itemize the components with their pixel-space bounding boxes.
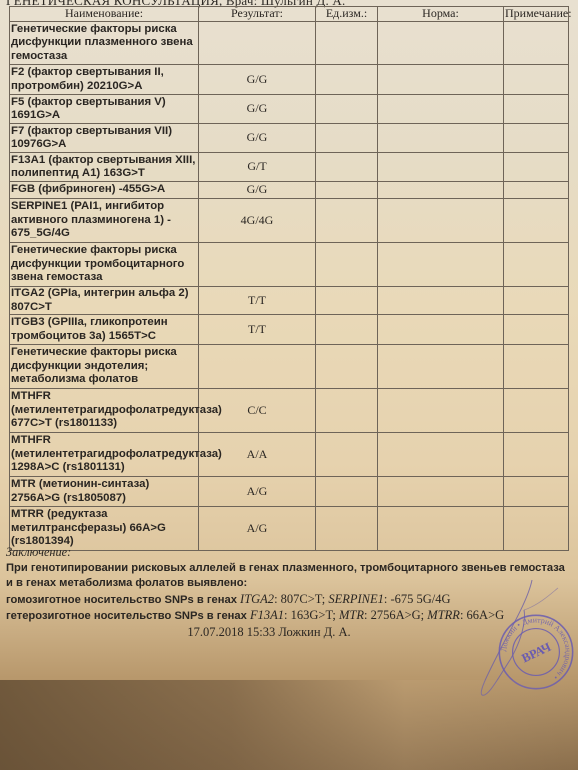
test-name: Генетические факторы риска дисфункции тр… (10, 243, 199, 287)
test-result: G/G (199, 95, 316, 124)
note-cell (504, 389, 569, 433)
test-name: ITGB3 (GPIIIa, гликопротеин тромбоцитов … (10, 315, 199, 345)
table-row: ITGA2 (GPIa, интегрин альфа 2) 807C>TT/T (10, 287, 569, 315)
norm-cell (378, 65, 504, 95)
unit-cell (316, 477, 378, 507)
variant: : 163G>T; (284, 608, 339, 622)
table-row: F7 (фактор свертывания VII) 10976G>AG/G (10, 124, 569, 153)
unit-cell (316, 345, 378, 389)
norm-cell (378, 315, 504, 345)
table-row: F13A1 (фактор свертывания XIII, полипепт… (10, 153, 569, 182)
table-row: MTHFR (метилентетрагидрофолатредуктаза) … (10, 433, 569, 477)
test-name: FGB (фибриноген) -455G>A (10, 182, 199, 199)
test-name: F2 (фактор свертывания II, протромбин) 2… (10, 65, 199, 95)
variant: : 2756A>G; (364, 608, 427, 622)
norm-cell (378, 95, 504, 124)
variant: : -675 5G/4G (384, 592, 451, 606)
note-cell (504, 315, 569, 345)
note-cell (504, 507, 569, 551)
note-cell (504, 345, 569, 389)
norm-cell (378, 22, 504, 65)
test-result: T/T (199, 287, 316, 315)
gene-name: F13A1 (250, 608, 284, 622)
table-row: MTRR (редуктаза метилтрансферазы) 66A>G … (10, 507, 569, 551)
unit-cell (316, 287, 378, 315)
test-result: T/T (199, 315, 316, 345)
test-name: F5 (фактор свертывания V) 1691G>A (10, 95, 199, 124)
norm-cell (378, 433, 504, 477)
test-result: G/G (199, 182, 316, 199)
test-result: G/G (199, 65, 316, 95)
test-name: SERPINE1 (PAI1, ингибитор активного плаз… (10, 199, 199, 243)
unit-cell (316, 95, 378, 124)
note-cell (504, 124, 569, 153)
variant: : 807C>T; (274, 592, 328, 606)
note-cell (504, 65, 569, 95)
table-row: SERPINE1 (PAI1, ингибитор активного плаз… (10, 199, 569, 243)
test-name: MTRR (редуктаза метилтрансферазы) 66A>G … (10, 507, 199, 551)
test-result (199, 345, 316, 389)
test-result: 4G/4G (199, 199, 316, 243)
results-table: Наименование: Результат: Ед.изм.: Норма:… (9, 6, 569, 551)
norm-cell (378, 287, 504, 315)
table-row: MTHFR (метилентетрагидрофолатредуктаза) … (10, 389, 569, 433)
test-result: A/G (199, 477, 316, 507)
test-name: Генетические факторы риска дисфункции эн… (10, 345, 199, 389)
column-header-unit: Ед.изм.: (316, 7, 378, 22)
norm-cell (378, 199, 504, 243)
norm-cell (378, 345, 504, 389)
unit-cell (316, 507, 378, 551)
unit-cell (316, 389, 378, 433)
table-row: MTR (метионин-синтаза) 2756A>G (rs180508… (10, 477, 569, 507)
table-row: FGB (фибриноген) -455G>AG/G (10, 182, 569, 199)
section-row: Генетические факторы риска дисфункции эн… (10, 345, 569, 389)
note-cell (504, 433, 569, 477)
test-name: Генетические факторы риска дисфункции пл… (10, 22, 199, 65)
column-header-norm: Норма: (378, 7, 504, 22)
unit-cell (316, 65, 378, 95)
doctor-stamp: Ложкин • Дмитрий Александрович • ВРАЧ (497, 613, 575, 691)
unit-cell (316, 433, 378, 477)
norm-cell (378, 182, 504, 199)
test-result: A/G (199, 507, 316, 551)
column-header-result: Результат: (199, 7, 316, 22)
test-result: G/G (199, 124, 316, 153)
unit-cell (316, 22, 378, 65)
gene-name: MTR (339, 608, 364, 622)
note-cell (504, 199, 569, 243)
norm-cell (378, 243, 504, 287)
unit-cell (316, 153, 378, 182)
unit-cell (316, 182, 378, 199)
test-name: MTHFR (метилентетрагидрофолатредуктаза) … (10, 433, 199, 477)
test-name: MTHFR (метилентетрагидрофолатредуктаза) … (10, 389, 199, 433)
unit-cell (316, 124, 378, 153)
unit-cell (316, 199, 378, 243)
gene-name: ITGA2 (240, 592, 274, 606)
test-name: F7 (фактор свертывания VII) 10976G>A (10, 124, 199, 153)
conclusion-title: Заключение: (6, 545, 572, 561)
table-header-row: Наименование: Результат: Ед.изм.: Норма:… (10, 7, 569, 22)
norm-cell (378, 153, 504, 182)
test-name: F13A1 (фактор свертывания XIII, полипепт… (10, 153, 199, 182)
stamp-center-text: ВРАЧ (519, 640, 553, 666)
test-name: ITGA2 (GPIa, интегрин альфа 2) 807C>T (10, 287, 199, 315)
note-cell (504, 477, 569, 507)
test-result (199, 243, 316, 287)
section-row: Генетические факторы риска дисфункции тр… (10, 243, 569, 287)
note-cell (504, 22, 569, 65)
column-header-name: Наименование: (10, 7, 199, 22)
gene-name: MTRR (427, 608, 460, 622)
norm-cell (378, 389, 504, 433)
gene-name: SERPINE1 (328, 592, 384, 606)
unit-cell (316, 243, 378, 287)
table-row: F2 (фактор свертывания II, протромбин) 2… (10, 65, 569, 95)
norm-cell (378, 507, 504, 551)
norm-cell (378, 124, 504, 153)
note-cell (504, 243, 569, 287)
table-row: F5 (фактор свертывания V) 1691G>AG/G (10, 95, 569, 124)
note-cell (504, 153, 569, 182)
column-header-note: Примечание: (504, 7, 569, 22)
note-cell (504, 287, 569, 315)
norm-cell (378, 477, 504, 507)
table-row: ITGB3 (GPIIIa, гликопротеин тромбоцитов … (10, 315, 569, 345)
unit-cell (316, 315, 378, 345)
test-name: MTR (метионин-синтаза) 2756A>G (rs180508… (10, 477, 199, 507)
note-cell (504, 95, 569, 124)
test-result: G/T (199, 153, 316, 182)
note-cell (504, 182, 569, 199)
test-result (199, 22, 316, 65)
section-row: Генетические факторы риска дисфункции пл… (10, 22, 569, 65)
